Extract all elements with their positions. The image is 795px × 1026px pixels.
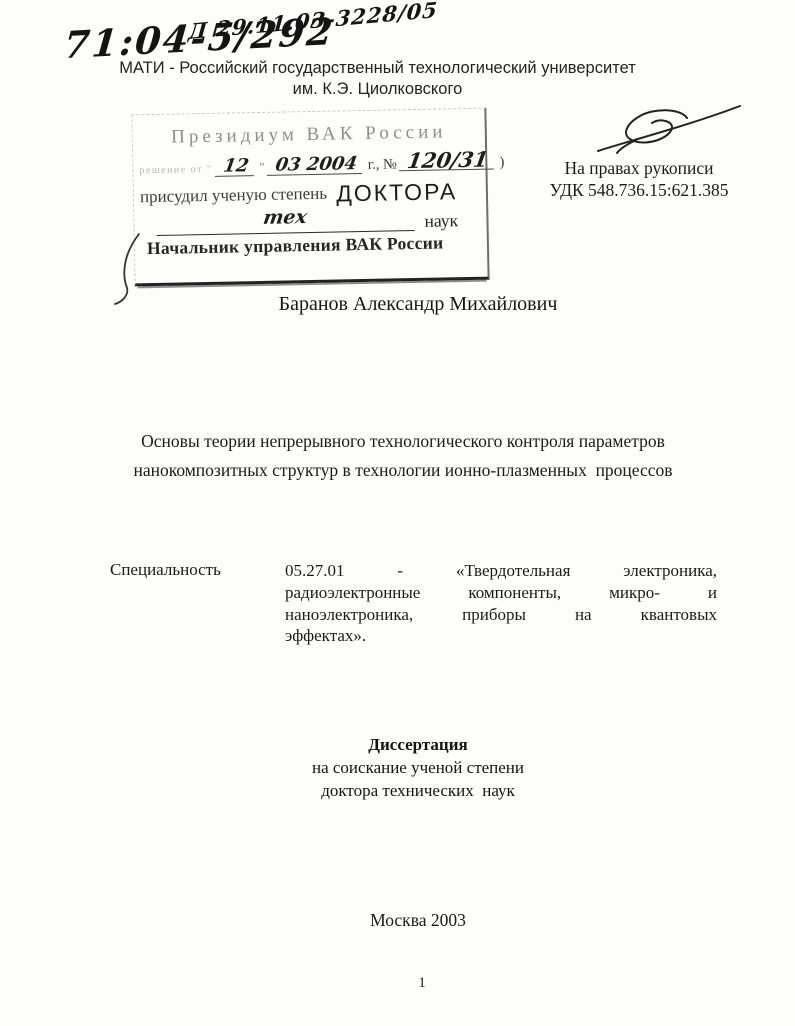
city-year: Москва 2003 xyxy=(40,910,795,931)
stamp-decision-close: ) xyxy=(499,154,504,171)
dissertation-block: Диссертация на соискание ученой степени … xyxy=(40,733,795,802)
stamp-decision-monthyear: 03 2004 xyxy=(267,155,365,176)
stamp-decision-quote: " xyxy=(259,160,264,175)
dissertation-subline-1: на соискание ученой степени xyxy=(40,756,795,779)
udk-number: УДК 548.736.15:621.385 xyxy=(520,179,758,201)
stamp-decision-line: решение от " 12 " 03 2004 г., № 120/31 ) xyxy=(139,151,483,179)
vak-approval-stamp: Президиум ВАК России решение от " 12 " 0… xyxy=(131,108,489,287)
specialty-description: 05.27.01 - «Твердотельная электроника, р… xyxy=(285,560,717,647)
rights-block: На правах рукописи УДК 548.736.15:621.38… xyxy=(520,157,758,201)
stamp-org-line: Президиум ВАК России xyxy=(133,121,485,150)
stamp-field-underline: тех xyxy=(156,206,414,236)
stamp-decision-number: 120/31 xyxy=(399,150,497,171)
signature-icon xyxy=(592,96,747,158)
author-name: Баранов Александр Михайлович xyxy=(40,293,795,316)
title-line-1: Основы теории непрерывного технологическ… xyxy=(20,427,786,456)
dissertation-title: Основы теории непрерывного технологическ… xyxy=(20,427,786,485)
stamp-field-suffix: наук xyxy=(424,211,458,231)
university-header: МАТИ - Российский государственный технол… xyxy=(0,58,755,100)
specialty-line: радиоэлектронные компоненты, микро- и xyxy=(285,582,717,604)
specialty-line: наноэлектроника, приборы на квантовых xyxy=(285,604,717,626)
page-number: 1 xyxy=(44,975,795,992)
university-line-1: МАТИ - Российский государственный технол… xyxy=(0,58,755,79)
stamp-field-line: тех наук xyxy=(156,205,458,236)
manuscript-rights-note: На правах рукописи xyxy=(520,157,758,179)
stamp-awarded-text: присудил ученую степень xyxy=(140,184,327,207)
stamp-decision-prefix: решение от " xyxy=(139,164,212,176)
stamp-decision-middle: г., № xyxy=(368,156,397,174)
document-page: Д 29.11.03-3228/05 71:04-5/292 МАТИ - Ро… xyxy=(0,0,795,1026)
specialty-line: 05.27.01 - «Твердотельная электроника, xyxy=(285,560,717,582)
dissertation-subline-2: доктора технических наук xyxy=(40,779,795,802)
dissertation-heading: Диссертация xyxy=(40,733,795,756)
stamp-degree: ДОКТОРА xyxy=(336,178,457,206)
stamp-official-line: Начальник управления ВАК России xyxy=(147,232,444,259)
specialty-line: эффектах». xyxy=(285,625,717,647)
stamp-field-handwritten: тех xyxy=(262,208,308,227)
stamp-decision-day: 12 xyxy=(215,157,257,177)
title-line-2: нанокомпозитных структур в технологии ио… xyxy=(20,456,786,485)
specialty-label: Специальность xyxy=(110,560,221,580)
